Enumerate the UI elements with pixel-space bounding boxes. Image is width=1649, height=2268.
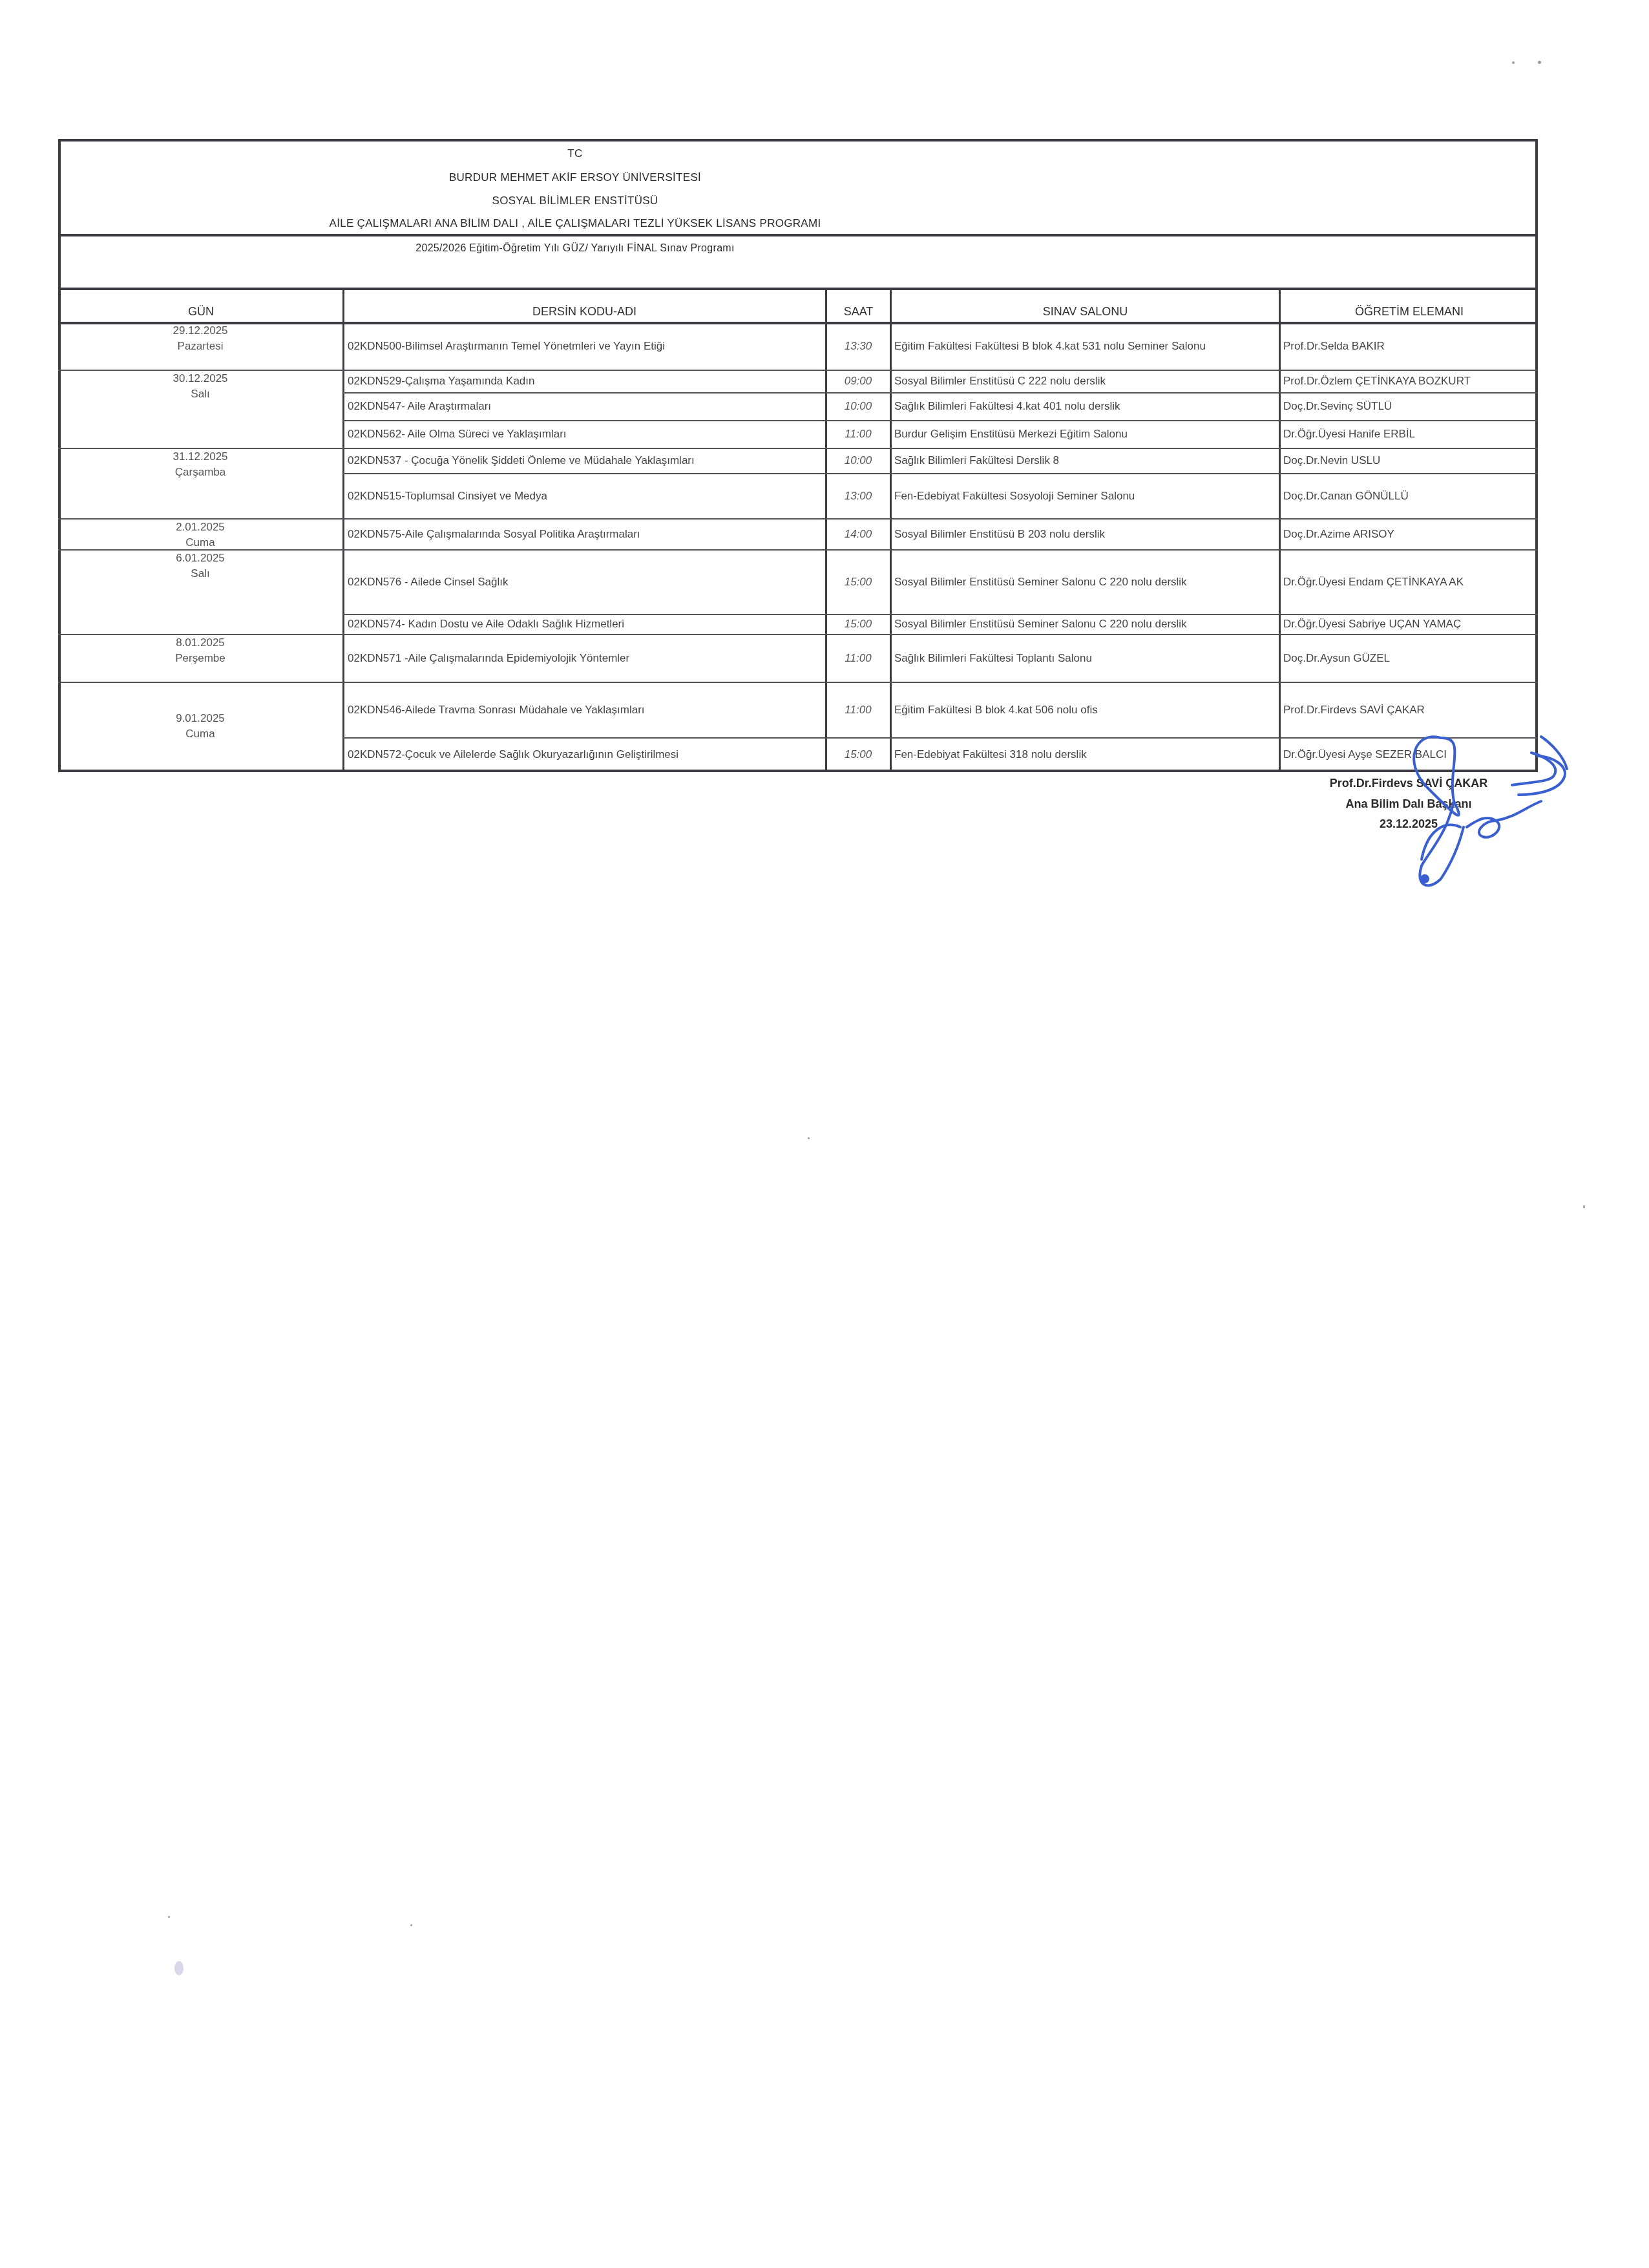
exam-room: Sosyal Bilimler Enstitüsü C 222 nolu der… (894, 370, 1106, 392)
exam-time: 11:00 (827, 682, 889, 737)
day-date: 2.01.2025 (59, 520, 341, 535)
day-date: 9.01.2025 (59, 711, 341, 726)
day-weekday: Salı (59, 386, 341, 402)
exam-room: Sağlık Bilimleri Fakültesi Derslik 8 (894, 448, 1059, 473)
day-date: 29.12.2025 (59, 323, 341, 339)
instructor-name: Prof.Dr.Firdevs SAVİ ÇAKAR (1283, 682, 1425, 737)
day-date: 8.01.2025 (59, 635, 341, 651)
exam-time: 14:00 (827, 519, 889, 549)
scan-speck (174, 1961, 184, 1975)
column-divider (890, 289, 892, 772)
course-code-name: 02KDN572-Çocuk ve Ailelerde Sağlık Okury… (348, 738, 678, 771)
exam-room: Eğitim Fakültesi B blok 4.kat 506 nolu o… (894, 682, 1098, 737)
course-code-name: 02KDN529-Çalışma Yaşamında Kadın (348, 370, 534, 392)
course-code-name: 02KDN546-Ailede Travma Sonrası Müdahale … (348, 682, 645, 737)
column-header-day: GÜN (59, 297, 342, 323)
handwritten-signature-icon (1357, 730, 1570, 905)
title-university: BURDUR MEHMET AKİF ERSOY ÜNİVERSİTESİ (58, 171, 1092, 184)
exam-program-subtitle: 2025/2026 Eğitim-Öğretim Yılı GÜZ/ Yarıy… (58, 243, 1092, 255)
exam-room: Sağlık Bilimleri Fakültesi 4.kat 401 nol… (894, 393, 1120, 420)
day-cell: 30.12.2025Salı (59, 371, 341, 402)
day-weekday: Perşembe (59, 651, 341, 666)
scan-speck (808, 1137, 810, 1139)
day-cell: 6.01.2025Salı (59, 551, 341, 582)
course-code-name: 02KDN537 - Çocuğa Yönelik Şiddeti Önleme… (348, 448, 695, 473)
exam-room: Sosyal Bilimler Enstitüsü Seminer Salonu… (894, 614, 1187, 634)
title-block: 2025/2026 Eğitim-Öğretim Yılı GÜZ/ Yarıy… (58, 243, 1538, 255)
instructor-name: Dr.Öğr.Üyesi Sabriye UÇAN YAMAÇ (1283, 614, 1461, 634)
title-block: AİLE ÇALIŞMALARI ANA BİLİM DALI , AİLE Ç… (58, 217, 1538, 230)
exam-room: Sağlık Bilimleri Fakültesi Toplantı Salo… (894, 635, 1092, 682)
column-divider (1279, 289, 1281, 772)
column-header-course: DERSİN KODU-ADI (344, 297, 825, 323)
instructor-name: Dr.Öğr.Üyesi Hanife ERBİL (1283, 421, 1415, 448)
exam-time: 10:00 (827, 448, 889, 473)
course-code-name: 02KDN576 - Ailede Cinsel Sağlık (348, 550, 509, 614)
day-weekday: Salı (59, 566, 341, 582)
day-cell: 31.12.2025Çarşamba (59, 449, 341, 480)
exam-room: Fen-Edebiyat Fakültesi Sosyoloji Seminer… (894, 474, 1135, 518)
title-institute: SOSYAL BİLİMLER ENSTİTÜSÜ (58, 194, 1092, 207)
title-program: AİLE ÇALIŞMALARI ANA BİLİM DALI , AİLE Ç… (58, 217, 1092, 230)
exam-time: 11:00 (827, 421, 889, 448)
instructor-name: Prof.Dr.Özlem ÇETİNKAYA BOZKURT (1283, 370, 1471, 392)
instructor-name: Doç.Dr.Azime ARISOY (1283, 519, 1394, 549)
table-divider (58, 234, 1538, 236)
day-weekday: Pazartesi (59, 339, 341, 354)
instructor-name: Doç.Dr.Nevin USLU (1283, 448, 1380, 473)
instructor-name: Prof.Dr.Selda BAKIR (1283, 323, 1385, 370)
day-cell: 9.01.2025Cuma (59, 711, 341, 742)
course-code-name: 02KDN515-Toplumsal Cinsiyet ve Medya (348, 474, 547, 518)
day-cell: 29.12.2025Pazartesi (59, 323, 341, 354)
exam-room: Sosyal Bilimler Enstitüsü Seminer Salonu… (894, 550, 1187, 614)
exam-time: 15:00 (827, 550, 889, 614)
day-date: 30.12.2025 (59, 371, 341, 386)
scan-speck (1538, 61, 1541, 64)
scan-speck (410, 1924, 412, 1926)
scan-speck (168, 1916, 170, 1918)
exam-time: 13:00 (827, 474, 889, 518)
exam-time: 15:00 (827, 738, 889, 771)
column-header-room: SINAV SALONU (892, 297, 1279, 323)
title-tc: TC (58, 147, 1092, 160)
day-date: 6.01.2025 (59, 551, 341, 566)
column-header-instructor: ÖĞRETİM ELEMANI (1281, 297, 1538, 323)
title-block: TC (58, 147, 1538, 160)
scan-speck (1512, 61, 1515, 64)
instructor-name: Doç.Dr.Canan GÖNÜLLÜ (1283, 474, 1409, 518)
instructor-name: Doç.Dr.Sevinç SÜTLÜ (1283, 393, 1392, 420)
day-weekday: Cuma (59, 535, 341, 551)
day-weekday: Cuma (59, 726, 341, 742)
course-code-name: 02KDN562- Aile Olma Süreci ve Yaklaşımla… (348, 421, 567, 448)
exam-room: Sosyal Bilimler Enstitüsü B 203 nolu der… (894, 519, 1105, 549)
instructor-name: Dr.Öğr.Üyesi Endam ÇETİNKAYA AK (1283, 550, 1464, 614)
table-divider (58, 288, 1538, 290)
title-block: BURDUR MEHMET AKİF ERSOY ÜNİVERSİTESİ (58, 171, 1538, 184)
exam-room: Fen-Edebiyat Fakültesi 318 nolu derslik (894, 738, 1087, 771)
exam-time: 15:00 (827, 614, 889, 634)
instructor-name: Doç.Dr.Aysun GÜZEL (1283, 635, 1390, 682)
exam-time: 11:00 (827, 635, 889, 682)
column-divider (342, 289, 344, 772)
course-code-name: 02KDN575-Aile Çalışmalarında Sosyal Poli… (348, 519, 640, 549)
column-header-time: SAAT (827, 297, 890, 323)
day-weekday: Çarşamba (59, 465, 341, 480)
exam-time: 09:00 (827, 370, 889, 392)
day-cell: 2.01.2025Cuma (59, 520, 341, 551)
course-code-name: 02KDN547- Aile Araştırmaları (348, 393, 491, 420)
exam-room: Eğitim Fakültesi Fakültesi B blok 4.kat … (894, 323, 1206, 370)
title-block: SOSYAL BİLİMLER ENSTİTÜSÜ (58, 194, 1538, 207)
exam-room: Burdur Gelişim Enstitüsü Merkezi Eğitim … (894, 421, 1128, 448)
exam-time: 10:00 (827, 393, 889, 420)
day-date: 31.12.2025 (59, 449, 341, 465)
day-cell: 8.01.2025Perşembe (59, 635, 341, 666)
course-code-name: 02KDN571 -Aile Çalışmalarında Epidemiyol… (348, 635, 629, 682)
course-code-name: 02KDN500-Bilimsel Araştırmanın Temel Yön… (348, 323, 665, 370)
course-code-name: 02KDN574- Kadın Dostu ve Aile Odaklı Sağ… (348, 614, 624, 634)
scan-speck (1583, 1205, 1585, 1208)
exam-time: 13:30 (827, 323, 889, 370)
